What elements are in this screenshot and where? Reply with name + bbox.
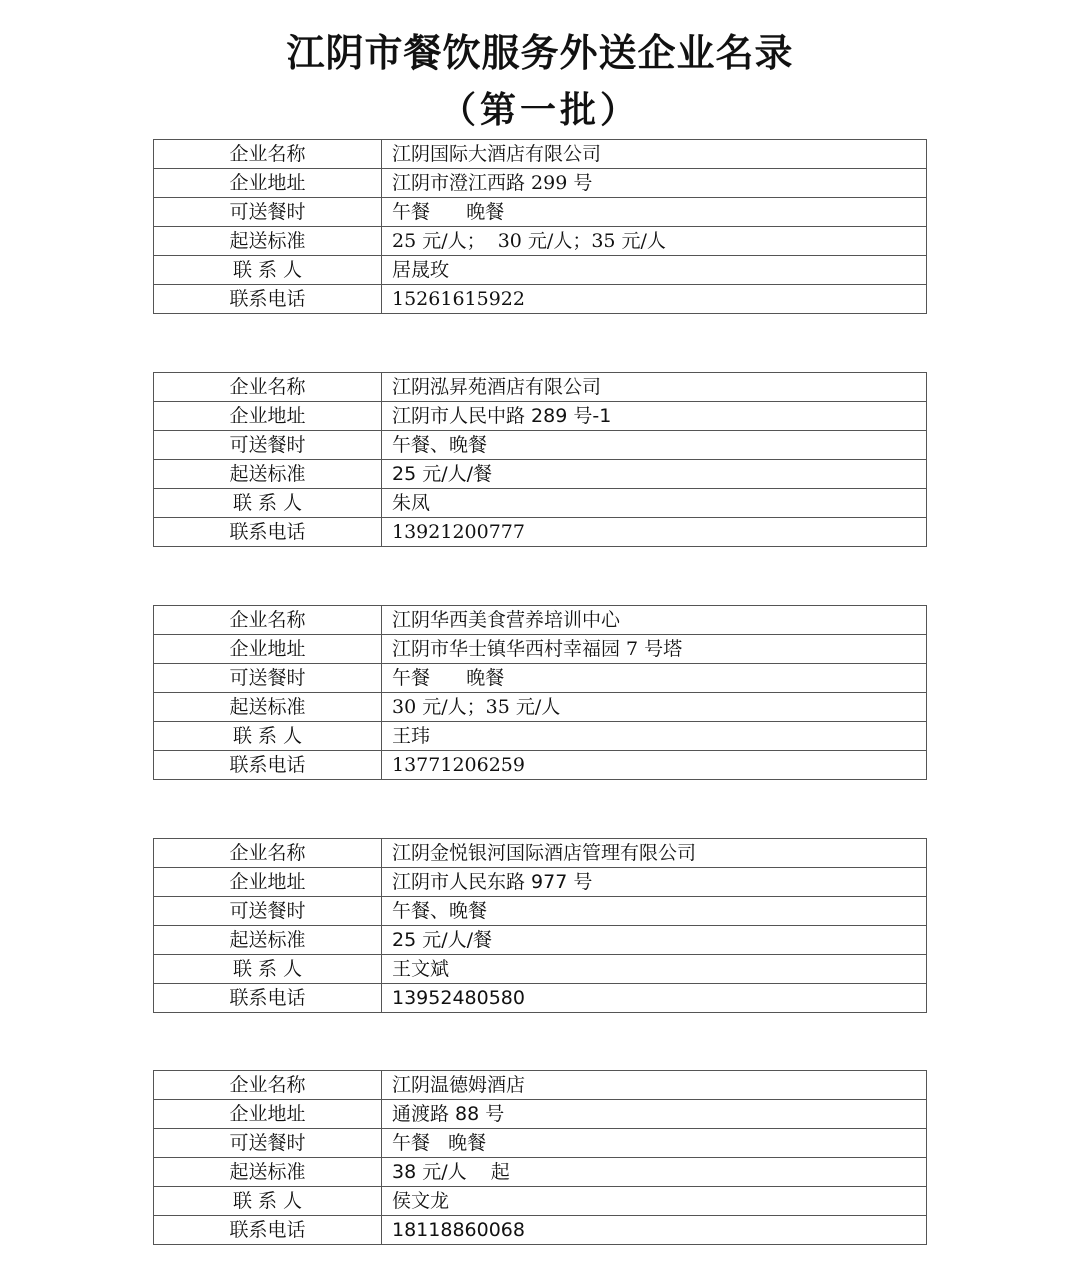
label-contact: 联 系 人: [154, 1187, 382, 1216]
enterprise-contact: 王文斌: [382, 955, 927, 984]
enterprise-name: 江阴金悦银河国际酒店管理有限公司: [382, 839, 927, 868]
label-contact: 联 系 人: [154, 256, 382, 285]
label-name: 企业名称: [154, 839, 382, 868]
table-row-name: 企业名称 江阴国际大酒店有限公司: [154, 140, 927, 169]
label-address: 企业地址: [154, 635, 382, 664]
table-row-phone: 联系电话 13921200777: [154, 518, 927, 547]
label-meal-times: 可送餐时: [154, 431, 382, 460]
table-row-name: 企业名称 江阴华西美食营养培训中心: [154, 606, 927, 635]
label-min-standard: 起送标准: [154, 227, 382, 256]
table-row-address: 企业地址 江阴市华士镇华西村幸福园 7 号塔: [154, 635, 927, 664]
table-row-name: 企业名称 江阴金悦银河国际酒店管理有限公司: [154, 839, 927, 868]
enterprise-meal-times: 午餐 晚餐: [382, 664, 927, 693]
enterprise-address: 江阴市澄江西路 299 号: [382, 169, 927, 198]
label-min-standard: 起送标准: [154, 1158, 382, 1187]
enterprise-contact: 侯文龙: [382, 1187, 927, 1216]
table-row-phone: 联系电话 18118860068: [154, 1216, 927, 1245]
table-row-name: 企业名称 江阴泓昇苑酒店有限公司: [154, 373, 927, 402]
enterprise-phone: 13921200777: [382, 518, 927, 547]
label-contact: 联 系 人: [154, 489, 382, 518]
label-contact: 联 系 人: [154, 722, 382, 751]
table-row-phone: 联系电话 13771206259: [154, 751, 927, 780]
enterprise-phone: 18118860068: [382, 1216, 927, 1245]
enterprise-contact: 王玮: [382, 722, 927, 751]
document-subtitle: （第一批）: [0, 86, 1080, 136]
table-row-min-standard: 起送标准 25 元/人； 30 元/人；35 元/人: [154, 227, 927, 256]
label-phone: 联系电话: [154, 518, 382, 547]
enterprise-phone: 15261615922: [382, 285, 927, 314]
label-phone: 联系电话: [154, 751, 382, 780]
label-phone: 联系电话: [154, 984, 382, 1013]
label-meal-times: 可送餐时: [154, 897, 382, 926]
table-row-meal-times: 可送餐时 午餐、晚餐: [154, 897, 927, 926]
enterprise-meal-times: 午餐 晚餐: [382, 198, 927, 227]
table-row-address: 企业地址 江阴市人民中路 289 号-1: [154, 402, 927, 431]
document-title: 江阴市餐饮服务外送企业名录: [0, 28, 1080, 78]
table-row-min-standard: 起送标准 25 元/人/餐: [154, 926, 927, 955]
table-row-address: 企业地址 江阴市澄江西路 299 号: [154, 169, 927, 198]
enterprise-address: 江阴市华士镇华西村幸福园 7 号塔: [382, 635, 927, 664]
label-meal-times: 可送餐时: [154, 198, 382, 227]
table-row-name: 企业名称 江阴温德姆酒店: [154, 1071, 927, 1100]
label-min-standard: 起送标准: [154, 693, 382, 722]
enterprise-name: 江阴温德姆酒店: [382, 1071, 927, 1100]
enterprise-table: 企业名称 江阴温德姆酒店 企业地址 通渡路 88 号 可送餐时 午餐 晚餐 起送…: [153, 1070, 927, 1245]
enterprise-contact: 居晟玫: [382, 256, 927, 285]
enterprise-contact: 朱凤: [382, 489, 927, 518]
enterprise-meal-times: 午餐、晚餐: [382, 897, 927, 926]
table-row-min-standard: 起送标准 25 元/人/餐: [154, 460, 927, 489]
table-row-contact: 联 系 人 王玮: [154, 722, 927, 751]
table-row-phone: 联系电话 15261615922: [154, 285, 927, 314]
label-min-standard: 起送标准: [154, 460, 382, 489]
label-address: 企业地址: [154, 1100, 382, 1129]
enterprise-min-standard: 25 元/人/餐: [382, 926, 927, 955]
table-row-meal-times: 可送餐时 午餐 晚餐: [154, 198, 927, 227]
label-min-standard: 起送标准: [154, 926, 382, 955]
table-row-address: 企业地址 通渡路 88 号: [154, 1100, 927, 1129]
label-contact: 联 系 人: [154, 955, 382, 984]
enterprise-min-standard: 25 元/人/餐: [382, 460, 927, 489]
table-row-min-standard: 起送标准 38 元/人 起: [154, 1158, 927, 1187]
table-row-meal-times: 可送餐时 午餐、晚餐: [154, 431, 927, 460]
enterprise-name: 江阴国际大酒店有限公司: [382, 140, 927, 169]
label-name: 企业名称: [154, 606, 382, 635]
label-meal-times: 可送餐时: [154, 1129, 382, 1158]
enterprise-address: 江阴市人民中路 289 号-1: [382, 402, 927, 431]
label-name: 企业名称: [154, 140, 382, 169]
enterprise-address: 通渡路 88 号: [382, 1100, 927, 1129]
label-phone: 联系电话: [154, 285, 382, 314]
label-name: 企业名称: [154, 373, 382, 402]
label-address: 企业地址: [154, 868, 382, 897]
table-row-contact: 联 系 人 居晟玫: [154, 256, 927, 285]
label-name: 企业名称: [154, 1071, 382, 1100]
enterprise-phone: 13952480580: [382, 984, 927, 1013]
table-row-meal-times: 可送餐时 午餐 晚餐: [154, 664, 927, 693]
enterprise-name: 江阴泓昇苑酒店有限公司: [382, 373, 927, 402]
enterprise-table: 企业名称 江阴华西美食营养培训中心 企业地址 江阴市华士镇华西村幸福园 7 号塔…: [153, 605, 927, 780]
table-row-phone: 联系电话 13952480580: [154, 984, 927, 1013]
table-row-contact: 联 系 人 侯文龙: [154, 1187, 927, 1216]
table-row-address: 企业地址 江阴市人民东路 977 号: [154, 868, 927, 897]
table-row-contact: 联 系 人 王文斌: [154, 955, 927, 984]
label-address: 企业地址: [154, 169, 382, 198]
label-address: 企业地址: [154, 402, 382, 431]
table-row-min-standard: 起送标准 30 元/人；35 元/人: [154, 693, 927, 722]
enterprise-address: 江阴市人民东路 977 号: [382, 868, 927, 897]
label-meal-times: 可送餐时: [154, 664, 382, 693]
enterprise-table: 企业名称 江阴国际大酒店有限公司 企业地址 江阴市澄江西路 299 号 可送餐时…: [153, 139, 927, 314]
enterprise-min-standard: 25 元/人； 30 元/人；35 元/人: [382, 227, 927, 256]
enterprise-table: 企业名称 江阴金悦银河国际酒店管理有限公司 企业地址 江阴市人民东路 977 号…: [153, 838, 927, 1013]
enterprise-meal-times: 午餐、晚餐: [382, 431, 927, 460]
enterprise-table: 企业名称 江阴泓昇苑酒店有限公司 企业地址 江阴市人民中路 289 号-1 可送…: [153, 372, 927, 547]
label-phone: 联系电话: [154, 1216, 382, 1245]
enterprise-min-standard: 38 元/人 起: [382, 1158, 927, 1187]
table-row-meal-times: 可送餐时 午餐 晚餐: [154, 1129, 927, 1158]
enterprise-min-standard: 30 元/人；35 元/人: [382, 693, 927, 722]
enterprise-name: 江阴华西美食营养培训中心: [382, 606, 927, 635]
table-row-contact: 联 系 人 朱凤: [154, 489, 927, 518]
enterprise-phone: 13771206259: [382, 751, 927, 780]
enterprise-meal-times: 午餐 晚餐: [382, 1129, 927, 1158]
